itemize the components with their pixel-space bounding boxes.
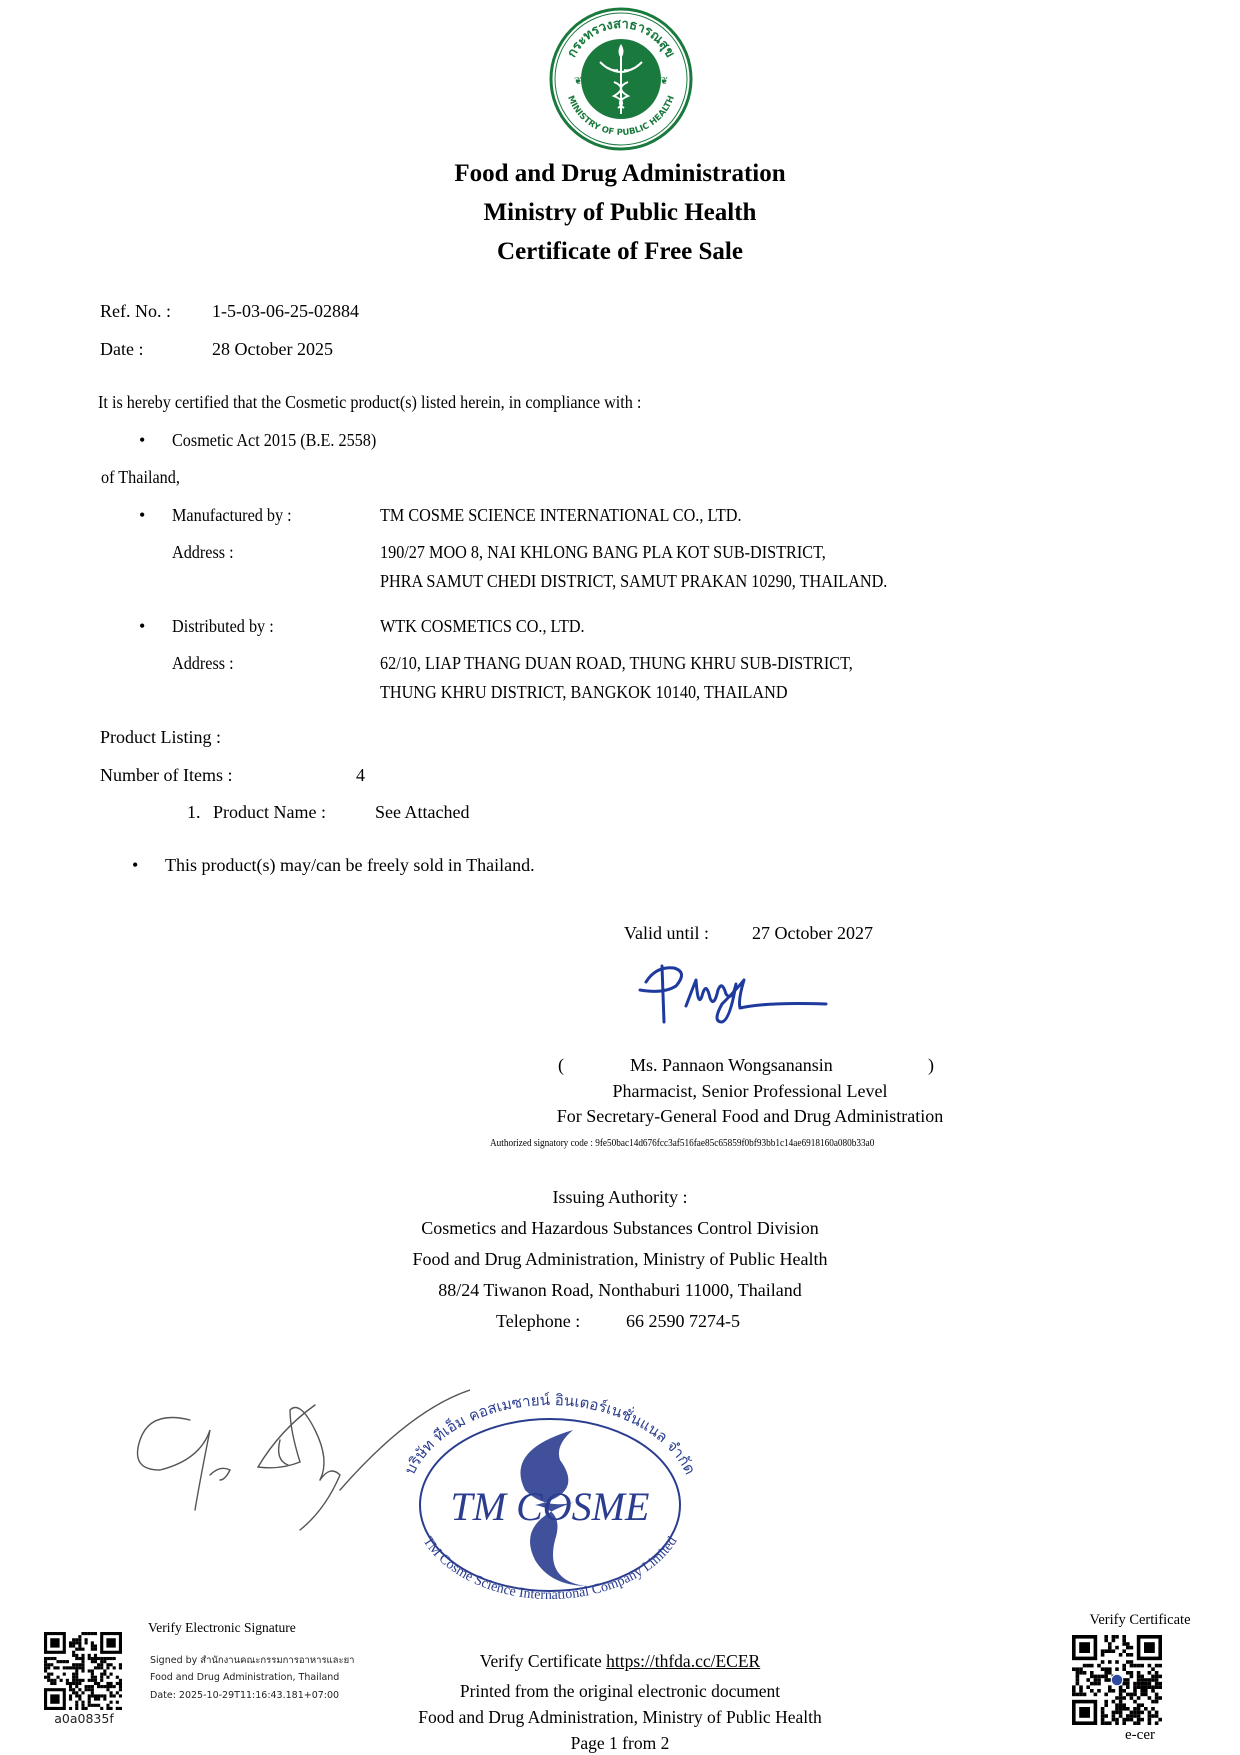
certification-statement: It is hereby certified that the Cosmetic… <box>98 392 641 413</box>
page-info: Page 1 from 2 <box>320 1733 920 1754</box>
issuing-division: Cosmetics and Hazardous Substances Contr… <box>320 1218 920 1239</box>
signatory-code-label: Authorized signatory code : <box>490 1138 593 1149</box>
ministry-seal-icon: กระทรวงสาธารณสุข MINISTRY OF PUBLIC HEAL… <box>548 6 694 152</box>
date-label: Date : <box>100 339 143 360</box>
qr-code-icon <box>1072 1635 1162 1725</box>
country-text: of Thailand, <box>101 467 180 488</box>
signatory-position: Pharmacist, Senior Professional Level <box>450 1081 1050 1102</box>
signatory-code-value: 9fe50bac14d676fcc3af516fae85c65859f0bf93… <box>595 1138 874 1149</box>
issuing-authority-label: Issuing Authority : <box>320 1187 920 1208</box>
company-stamp-icon: TM COSME บริษัท ทีเอ็ม คอสเมซายน์ อินเตอ… <box>385 1390 715 1610</box>
signatory-name: Ms. Pannaon Wongsanansin <box>630 1055 833 1076</box>
e-signature-date: Date: 2025-10-29T11:16:43.181+07:00 <box>150 1690 339 1701</box>
qr-code-icon <box>44 1632 122 1710</box>
verify-certificate-label: Verify Certificate <box>480 1651 602 1671</box>
manufacturer-label: Manufactured by : <box>172 505 292 526</box>
product-name-label: Product Name : <box>213 802 326 823</box>
stamp-brand: TM COSME <box>451 1484 650 1529</box>
svg-text:❦: ❦ <box>660 76 668 87</box>
signatory-on-behalf: For Secretary-General Food and Drug Admi… <box>450 1106 1050 1127</box>
item-count-label: Number of Items : <box>100 765 232 786</box>
distributor-address-label: Address : <box>172 653 234 674</box>
company-stamp: TM COSME บริษัท ทีเอ็ม คอสเมซายน์ อินเตอ… <box>385 1390 715 1610</box>
manufacturer-name: TM COSME SCIENCE INTERNATIONAL CO., LTD. <box>380 505 742 526</box>
handwritten-signature-icon <box>636 960 856 1050</box>
distributor-address-line2: THUNG KHRU DISTRICT, BANGKOK 10140, THAI… <box>380 682 788 703</box>
printed-note: Printed from the original electronic doc… <box>320 1681 920 1702</box>
product-name-value: See Attached <box>375 802 469 823</box>
telephone-label: Telephone : <box>496 1311 580 1332</box>
item-count: 4 <box>356 765 365 786</box>
free-sale-statement: This product(s) may/can be freely sold i… <box>165 855 535 876</box>
name-close-paren: ) <box>928 1055 934 1076</box>
valid-until-date: 27 October 2027 <box>752 923 873 944</box>
ministry-seal: กระทรวงสาธารณสุข MINISTRY OF PUBLIC HEAL… <box>548 6 694 152</box>
verify-certificate-link[interactable]: https://thfda.cc/ECER <box>606 1651 760 1671</box>
bullet-icon <box>139 430 145 451</box>
title-fda: Food and Drug Administration <box>0 160 1240 188</box>
signatory-code: Authorized signatory code : 9fe50bac14d6… <box>490 1138 874 1149</box>
bullet-icon <box>139 505 145 526</box>
verify-certificate-qr-code[interactable] <box>1072 1635 1162 1725</box>
manufacturer-address-line2: PHRA SAMUT CHEDI DISTRICT, SAMUT PRAKAN … <box>380 571 887 592</box>
product-item-number: 1. <box>187 802 201 823</box>
cosmetic-act: Cosmetic Act 2015 (B.E. 2558) <box>172 430 376 451</box>
ref-number: 1-5-03-06-25-02884 <box>212 301 359 322</box>
distributor-address-line1: 62/10, LIAP THANG DUAN ROAD, THUNG KHRU … <box>380 653 853 674</box>
verify-certificate-qr-caption: e-cer <box>1040 1727 1240 1744</box>
product-listing-label: Product Listing : <box>100 727 221 748</box>
svg-text:❦: ❦ <box>574 76 582 87</box>
footer-organization: Food and Drug Administration, Ministry o… <box>320 1707 920 1728</box>
verify-certificate-line: Verify Certificate https://thfda.cc/ECER <box>320 1651 920 1672</box>
e-signature-organization: Food and Drug Administration, Thailand <box>150 1672 339 1683</box>
telephone-number: 66 2590 7274-5 <box>626 1311 740 1332</box>
e-signature-qr-caption: a0a0835f <box>44 1711 124 1726</box>
valid-until-label: Valid until : <box>624 923 709 944</box>
manufacturer-address-label: Address : <box>172 542 234 563</box>
issuing-organization: Food and Drug Administration, Ministry o… <box>320 1249 920 1270</box>
title-ministry: Ministry of Public Health <box>0 199 1240 227</box>
ref-label: Ref. No. : <box>100 301 171 322</box>
manufacturer-address-line1: 190/27 MOO 8, NAI KHLONG BANG PLA KOT SU… <box>380 542 826 563</box>
issue-date: 28 October 2025 <box>212 339 333 360</box>
title-certificate: Certificate of Free Sale <box>0 238 1240 266</box>
bullet-icon <box>139 616 145 637</box>
officer-signature <box>636 960 856 1050</box>
bullet-icon <box>132 855 138 876</box>
issuing-address: 88/24 Tiwanon Road, Nonthaburi 11000, Th… <box>320 1280 920 1301</box>
distributor-name: WTK COSMETICS CO., LTD. <box>380 616 585 637</box>
e-signature-qr-code[interactable] <box>44 1632 122 1710</box>
verify-e-signature-title: Verify Electronic Signature <box>148 1620 296 1636</box>
name-open-paren: ( <box>558 1055 564 1076</box>
verify-certificate-qr-title: Verify Certificate <box>1040 1612 1240 1629</box>
distributor-label: Distributed by : <box>172 616 274 637</box>
